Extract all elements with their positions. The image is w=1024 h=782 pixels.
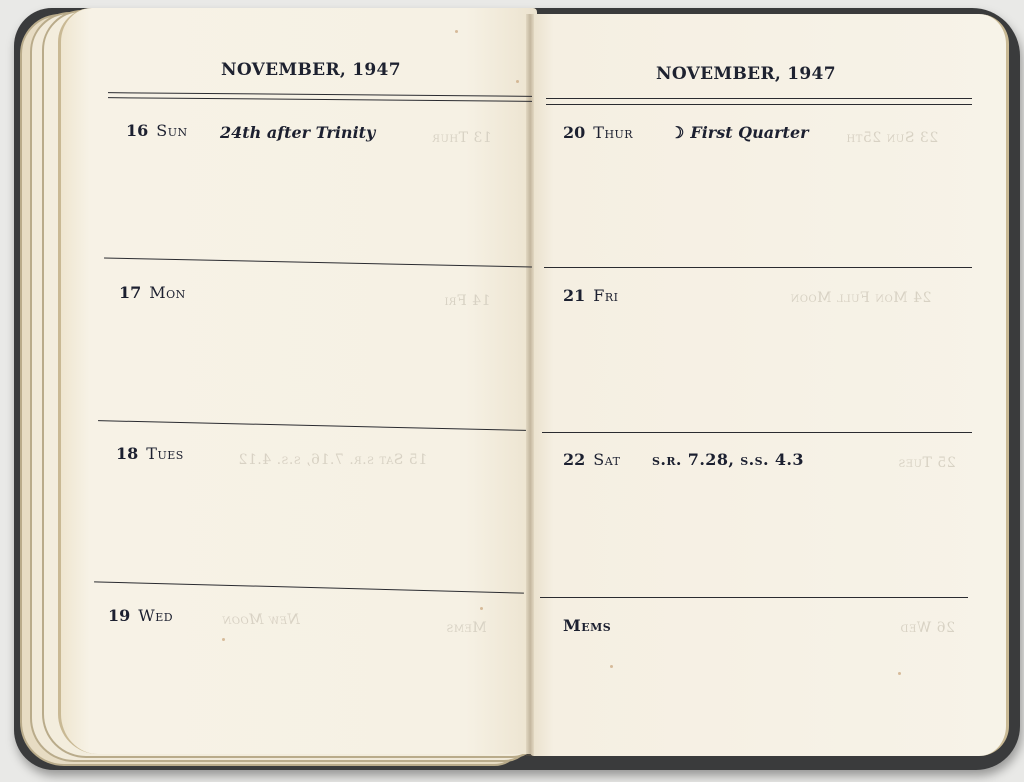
right-page-header: NOVEMBER, 1947 [656,64,836,84]
day-entry-20: 20Thur [563,123,633,142]
day-number: 17 [119,283,141,302]
day-name: Fri [593,286,618,305]
paper-speck [480,607,483,610]
day-name: Mon [149,283,186,302]
day-number: 20 [563,123,585,142]
moon-phase-text: First Quarter [690,123,808,142]
show-through-text: 25 Tues [898,455,956,471]
day-note-22: s.r. 7.28, s.s. 4.3 [652,450,804,469]
mems-label: Mems [563,616,611,635]
day-name: Sun [156,121,187,140]
show-through-text: 15 Sat s.r. 7.16, s.s. 4.12 [238,452,427,468]
show-through-text: 24 Mon Full Moon [790,290,931,306]
day-entry-21: 21Fri [563,286,619,305]
show-through-text: 13 Thur [432,130,492,146]
header-rule [546,98,972,99]
show-through-text: 26 Wed [900,620,955,636]
day-note-20: ☽First Quarter [670,123,809,142]
paper-speck [455,30,458,33]
show-through-text: 23 Sun 25th [846,130,938,146]
paper-speck [610,665,613,668]
day-number: 22 [563,450,585,469]
paper-speck [898,672,901,675]
day-name: Wed [138,606,173,625]
show-through-text: 14 Fri [444,293,490,309]
show-through-text: Mems [446,620,487,636]
day-divider [542,432,972,433]
paper-speck [516,80,519,83]
left-page-header: NOVEMBER, 1947 [221,60,401,80]
paper-speck [222,638,225,641]
header-rule [546,104,972,105]
left-page [58,8,537,754]
day-number: 21 [563,286,585,305]
day-number: 18 [116,444,138,463]
day-name: Thur [593,123,633,142]
day-name: Tues [146,444,184,463]
book-gutter [526,14,534,756]
day-number: 19 [108,606,130,625]
show-through-text: New Moon [222,612,300,628]
day-entry-17: 17Mon [119,283,186,302]
day-entry-18: 18Tues [116,444,184,463]
day-entry-22: 22Sat [563,450,620,469]
day-number: 16 [126,121,148,140]
moon-first-quarter-icon: ☽ [670,123,684,142]
day-note-16: 24th after Trinity [220,123,375,142]
day-entry-19: 19Wed [108,606,173,625]
day-divider [540,597,968,598]
day-divider [544,267,972,268]
day-name: Sat [593,450,620,469]
day-entry-16: 16Sun [126,121,188,140]
